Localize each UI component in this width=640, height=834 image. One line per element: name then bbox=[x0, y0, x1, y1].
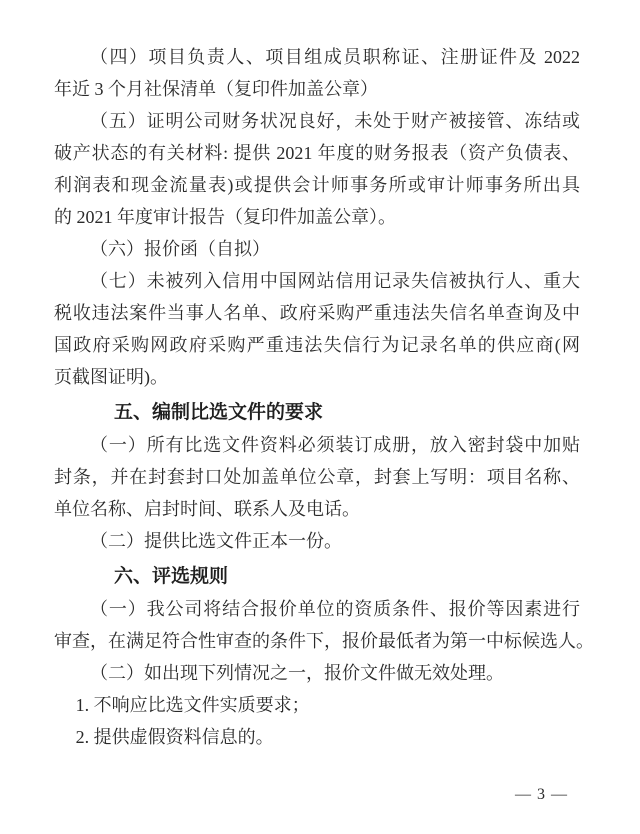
item-7-line-4: 页截图证明)。 bbox=[54, 361, 580, 393]
section-6-item-2-line-1: （二）如出现下列情况之一，报价文件做无效处理。 bbox=[54, 657, 580, 689]
section-6-item-1-line-1: （一）我公司将结合报价单位的资质条件、报价等因素进行 bbox=[54, 593, 580, 625]
section-5-item-2-line-1: （二）提供比选文件正本一份。 bbox=[54, 525, 580, 557]
section-6-heading: 六、评选规则 bbox=[54, 561, 580, 593]
item-4-line-1: （四）项目负责人、项目组成员职称证、注册证件及 2022 bbox=[54, 41, 580, 73]
item-5-line-1: （五）证明公司财务状况良好，未处于财产被接管、冻结或 bbox=[54, 105, 580, 137]
item-5-line-2: 破产状态的有关材料: 提供 2021 年度的财务报表（资产负债表、 bbox=[54, 137, 580, 169]
item-4-line-2: 年近 3 个月社保清单（复印件加盖公章） bbox=[54, 73, 580, 105]
item-7-line-3: 国政府采购网政府采购严重违法失信行为记录名单的供应商(网 bbox=[54, 329, 580, 361]
page-number: — 3 — bbox=[515, 786, 568, 804]
document-body: （四）项目负责人、项目组成员职称证、注册证件及 2022 年近 3 个月社保清单… bbox=[0, 0, 640, 753]
invalid-case-2: 2. 提供虚假资料信息的。 bbox=[54, 721, 580, 753]
document-page: （四）项目负责人、项目组成员职称证、注册证件及 2022 年近 3 个月社保清单… bbox=[0, 0, 640, 834]
item-6-line-1: （六）报价函（自拟） bbox=[54, 233, 580, 265]
item-5-line-4: 的 2021 年度审计报告（复印件加盖公章）。 bbox=[54, 201, 580, 233]
invalid-case-1: 1. 不响应比选文件实质要求； bbox=[54, 689, 580, 721]
section-5-item-1-line-2: 封条，并在封套封口处加盖单位公章，封套上写明：项目名称、 bbox=[54, 461, 580, 493]
section-5-item-1-line-1: （一）所有比选文件资料必须装订成册，放入密封袋中加贴 bbox=[54, 429, 580, 461]
item-7-line-1: （七）未被列入信用中国网站信用记录失信被执行人、重大 bbox=[54, 265, 580, 297]
section-6-item-1-line-2: 审查，在满足符合性审查的条件下，报价最低者为第一中标候选人。 bbox=[54, 625, 580, 657]
item-5-line-3: 利润表和现金流量表)或提供会计师事务所或审计师事务所出具 bbox=[54, 169, 580, 201]
item-7-line-2: 税收违法案件当事人名单、政府采购严重违法失信名单查询及中 bbox=[54, 297, 580, 329]
section-5-heading: 五、编制比选文件的要求 bbox=[54, 397, 580, 429]
section-5-item-1-line-3: 单位名称、启封时间、联系人及电话。 bbox=[54, 493, 580, 525]
